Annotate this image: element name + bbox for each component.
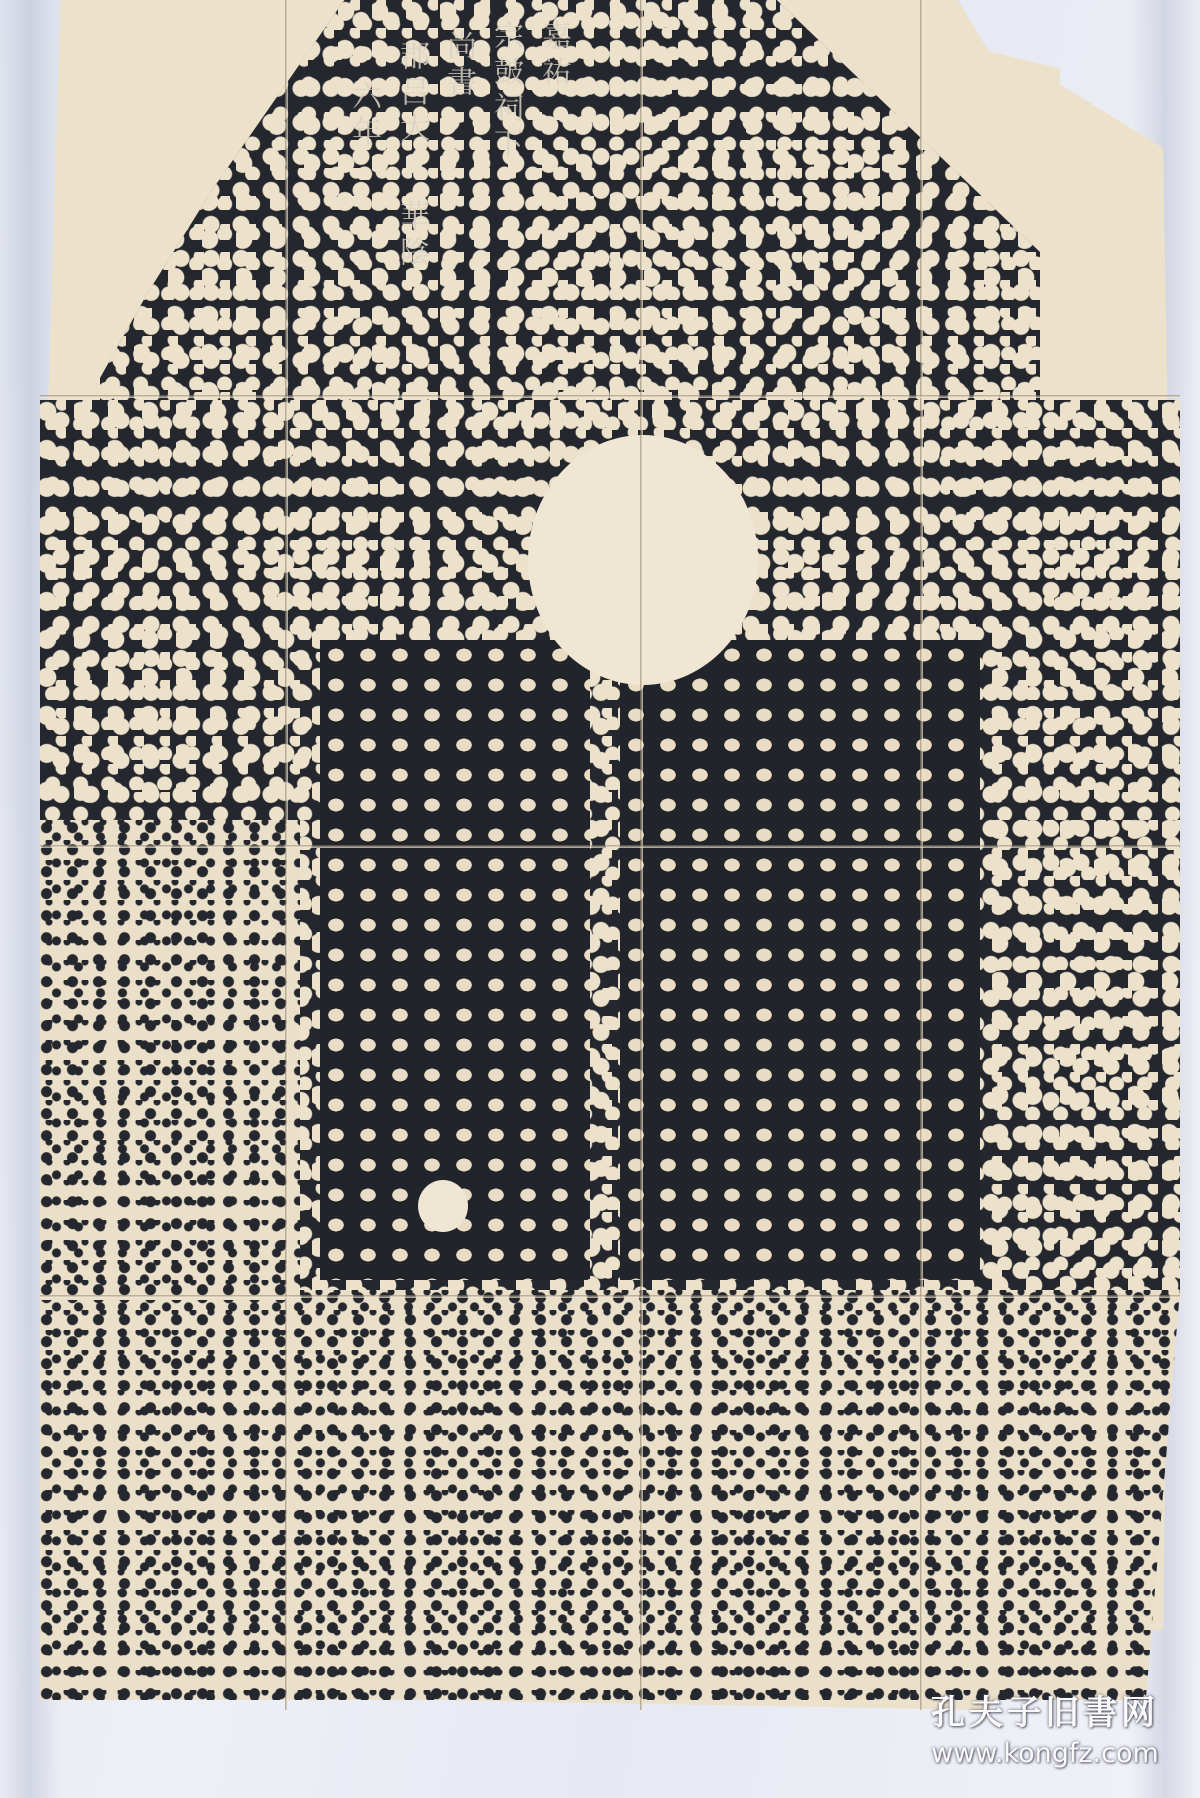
inscription-column: 嘉祐 bbox=[530, 20, 576, 92]
fold-line bbox=[40, 1295, 1180, 1298]
inscription-column: 尚書 bbox=[435, 30, 481, 102]
watermark-site-name: 孔夫子旧書网 bbox=[905, 1685, 1185, 1734]
ink-region-lower bbox=[40, 1290, 1180, 1700]
fold-line bbox=[40, 395, 1180, 398]
inscription-column: 六年 bbox=[340, 80, 386, 152]
blank-circle-small bbox=[418, 1180, 468, 1232]
character-grid-right bbox=[620, 640, 980, 1280]
fold-line bbox=[285, 0, 288, 1710]
inscription-column: 宗皷祠下 bbox=[482, 20, 528, 164]
blank-circle-large bbox=[528, 435, 758, 685]
inscription-column: 郡吕大 bbox=[388, 40, 434, 148]
inscription-column: 華陰 bbox=[388, 200, 434, 272]
fold-line bbox=[640, 0, 643, 1710]
fold-line bbox=[920, 0, 923, 1710]
ink-region-left-band bbox=[40, 820, 300, 1300]
rubbing-paper: 嘉祐 宗皷祠下 尚書 郡吕大 華陰 六年 bbox=[40, 0, 1180, 1720]
watermark: 孔夫子旧書网 www.kongfz.com bbox=[905, 1685, 1185, 1769]
watermark-url: www.kongfz.com bbox=[905, 1738, 1185, 1769]
fold-line bbox=[40, 845, 1180, 848]
